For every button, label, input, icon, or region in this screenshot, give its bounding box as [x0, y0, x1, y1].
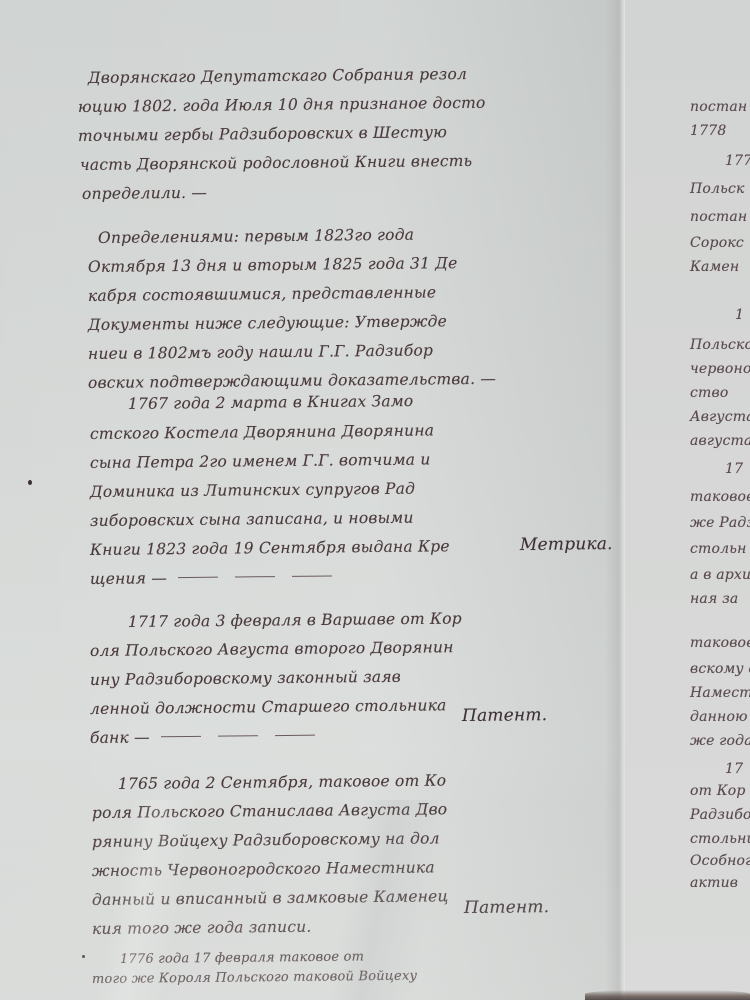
document-photo: Дворянскаго Депутатскаго Собрания резол … — [0, 0, 750, 1000]
text-line: ленной должности Старшего стольника — [90, 695, 447, 719]
text-fragment: Августа — [690, 408, 750, 426]
text-fragment: же Радз — [690, 514, 750, 532]
text-fragment: августа — [690, 432, 750, 450]
margin-note-metrika: Метрика. — [520, 534, 613, 555]
text-line: рянину Войцеху Радзиборовскому на дол — [92, 828, 440, 852]
text-fragment: актив — [690, 874, 738, 892]
text-fragment: червоно — [690, 360, 750, 378]
text-fragment: таковое — [690, 634, 750, 652]
text-line: точными гербы Радзиборовских в Шестую — [78, 122, 447, 146]
dash-rule — [235, 576, 275, 577]
text-line: данный и вписанный в замковые Каменец — [92, 886, 449, 910]
text-fragment: 17 — [725, 760, 743, 778]
text-fragment: банк — — [90, 728, 150, 747]
text-line: Документы ниже следующие: Утвержде — [88, 311, 447, 335]
text-fragment: Сорокс — [690, 234, 744, 252]
text-line: 1776 года 17 февраля таковое от — [120, 947, 364, 970]
text-line: 1717 года 3 февраля в Варшаве от Кор — [128, 609, 462, 632]
text-fragment: ство — [690, 384, 729, 402]
text-line: роля Польского Станислава Августа Дво — [92, 799, 447, 823]
text-fragment: Радзибор — [690, 806, 750, 824]
right-manuscript-page: постан 1778 177 Польск постан Сорокс Кам… — [625, 0, 750, 1000]
text-fragment: постан — [690, 98, 747, 116]
text-fragment: от Кор — [690, 782, 746, 800]
text-line: жность Червоногродского Наместника — [92, 857, 435, 881]
text-fragment: данною — [690, 708, 748, 726]
text-fragment: стольн — [690, 540, 747, 558]
text-line: ину Радзиборовскому законный заяв — [90, 667, 401, 690]
text-line: кия того же года записи. — [92, 917, 312, 939]
text-line: оля Польского Августа второго Дворянин — [90, 637, 454, 661]
text-line: Дворянскаго Депутатскаго Собрания резол — [88, 64, 467, 88]
text-fragment: таковое — [690, 488, 750, 506]
text-fragment: же года — [690, 732, 750, 750]
text-fragment: Наместн — [690, 684, 750, 702]
ink-speck — [82, 955, 85, 958]
text-line: овских подтверждающими доказательства. — — [88, 369, 496, 393]
text-fragment: 177 — [725, 152, 750, 170]
text-line: зиборовских сына записана, и новыми — [90, 508, 414, 531]
text-line: определили. — — [82, 183, 207, 204]
text-fragment: стольни — [690, 830, 750, 848]
text-line: часть Дворянской родословной Книги внест… — [80, 151, 472, 175]
text-line: ниеи в 1802мъ году нашли Г.Г. Радзибор — [88, 340, 433, 364]
text-fragment: щения — — [90, 569, 167, 588]
text-line: Октября 13 дня и вторым 1825 года 31 Де — [88, 253, 458, 277]
text-line: Доминика из Литинских супругов Рад — [90, 479, 415, 502]
text-line: щения — — [90, 566, 339, 589]
text-line: кабря состоявшимися, представленные — [88, 282, 436, 306]
margin-note-patent: Патент. — [464, 897, 549, 918]
text-fragment: 1778 — [690, 122, 726, 140]
text-fragment: а в архи — [690, 566, 750, 584]
dash-rule — [292, 575, 332, 576]
text-line: того же Короля Польского таковой Войцеху — [92, 967, 417, 990]
text-line: стского Костела Дворянина Дворянина — [90, 420, 434, 444]
text-line: банк — — [90, 726, 321, 748]
ink-speck — [28, 480, 32, 485]
book-binding-edge — [585, 990, 750, 1000]
left-manuscript-page: Дворянскаго Депутатскаго Собрания резол … — [0, 0, 625, 1000]
text-line: Книги 1823 года 19 Сентября выдана Кре — [90, 536, 450, 560]
text-fragment: Особного — [690, 852, 750, 870]
dash-rule — [178, 576, 218, 577]
dash-rule — [161, 735, 201, 736]
dash-rule — [218, 735, 258, 736]
text-fragment: Камен — [690, 258, 739, 276]
dash-rule — [275, 734, 315, 735]
text-fragment: Польского — [690, 336, 750, 354]
text-fragment: вскому сдо — [690, 660, 750, 678]
text-fragment: 17 — [725, 460, 743, 478]
text-line: Определениями: первым 1823го года — [98, 225, 414, 248]
margin-note-patent: Патент. — [462, 705, 547, 726]
text-line: 1765 года 2 Сентября, таковое от Ко — [118, 771, 446, 794]
text-fragment: 1 — [735, 306, 744, 324]
text-fragment: ная за — [690, 590, 738, 608]
text-line: юцию 1802. года Июля 10 дня признаное до… — [78, 93, 486, 117]
text-line: 1767 года 2 марта в Книгах Замо — [128, 391, 414, 414]
text-fragment: Польск — [690, 180, 745, 198]
text-fragment: постан — [690, 208, 747, 226]
text-line: сына Петра 2го именем Г.Г. вотчима и — [90, 449, 431, 473]
